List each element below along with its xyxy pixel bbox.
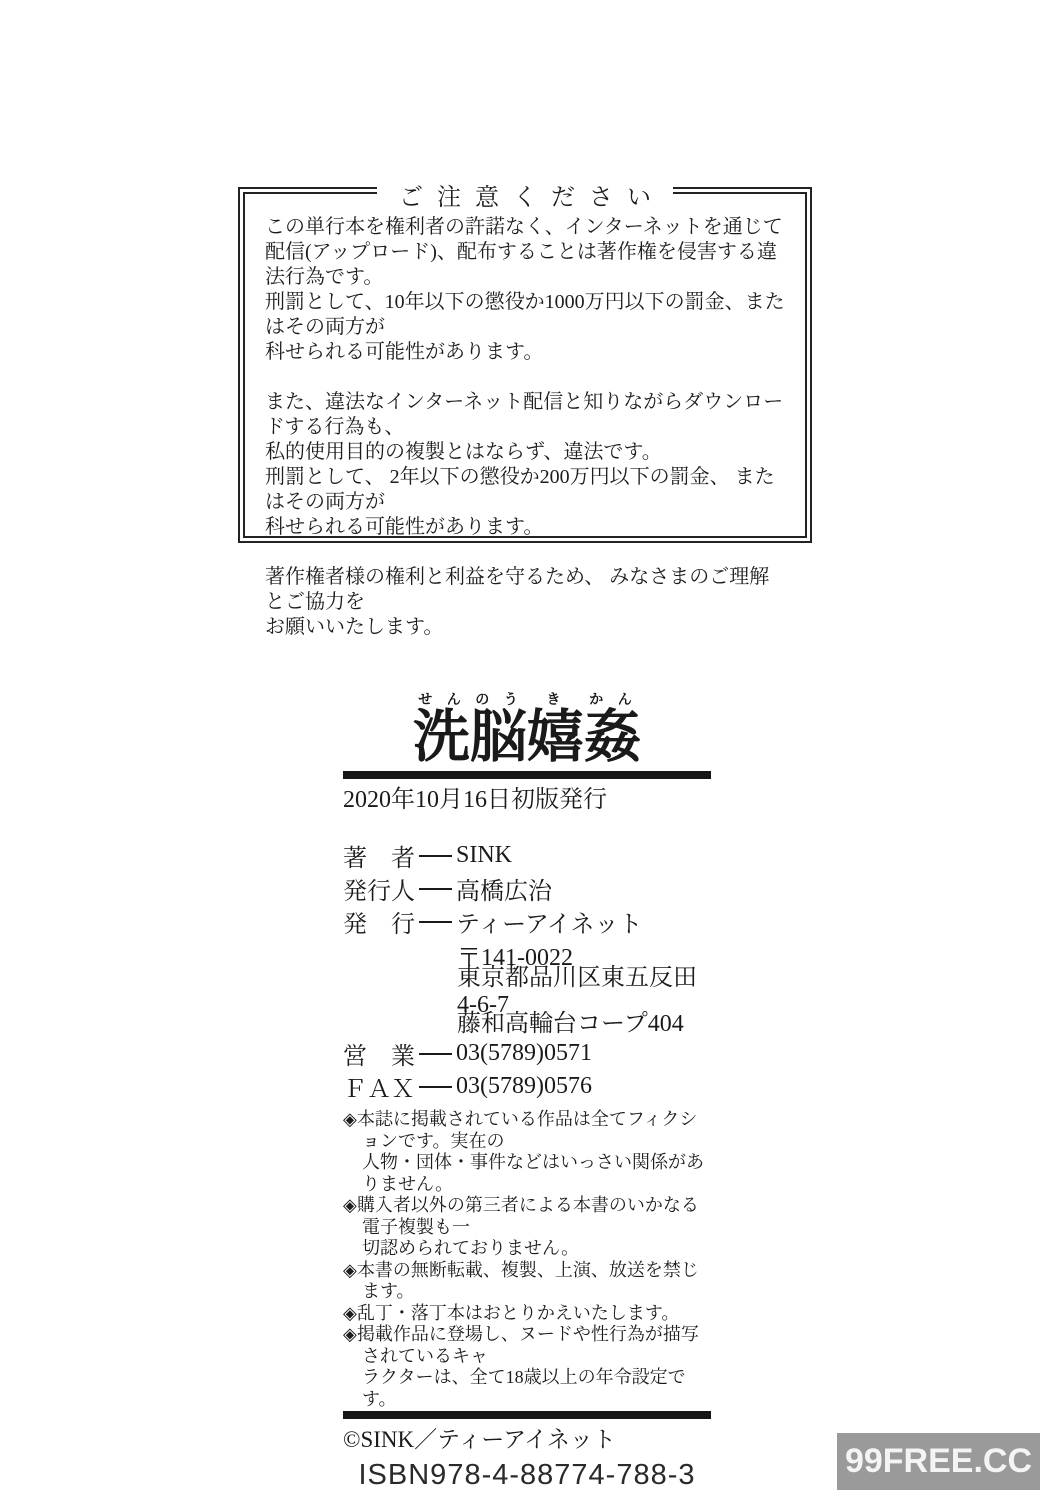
title-divider-rule (343, 771, 711, 779)
note-defective-copies: ◈乱丁・落丁本はおとりかえいたします。 (343, 1303, 711, 1325)
leader-dash (419, 1086, 452, 1088)
watermark-text: 99FREE.CC (845, 1442, 1032, 1481)
book-title-char-3: 嬉き (527, 706, 584, 769)
book-title: 洗せん脳のう嬉き姦かん (343, 693, 711, 766)
row-author-label: 著 者 (343, 838, 419, 873)
leader-dash (419, 1053, 452, 1055)
diamond-bullet-icon: ◈ (343, 1260, 357, 1280)
note-fiction-disclaimer: ◈本誌に掲載されている作品は全てフィクションです。実在の 人物・団体・事件などは… (343, 1109, 711, 1195)
legal-notes: ◈本誌に掲載されている作品は全てフィクションです。実在の 人物・団体・事件などは… (343, 1109, 711, 1410)
copyright-line: ©SINK／ティーアイネット (343, 1426, 711, 1454)
isbn-number: ISBN978-4-88774-788-3 (343, 1458, 711, 1492)
row-issuer-value: 高橋広治 (456, 871, 552, 906)
row-fax: ＦＡＸ 03(5789)0576 (343, 1070, 711, 1103)
colophon-block: 洗せん脳のう嬉き姦かん 2020年10月16日初版発行 著 者 SINK 発行人… (343, 693, 711, 1492)
book-title-char-4: 姦かん (584, 706, 641, 769)
sales-phone-number: 03(5789)0571 (456, 1040, 592, 1067)
leader-dash (419, 888, 452, 890)
leader-dash (419, 855, 452, 857)
row-author-value: SINK (456, 842, 512, 869)
row-fax-label: ＦＡＸ (343, 1069, 419, 1104)
publication-rows: 著 者 SINK 発行人 高橋広治 発 行 ティーアイネット 〒141-0022… (343, 839, 711, 1103)
leader-dash (419, 921, 452, 923)
diamond-bullet-icon: ◈ (343, 1109, 357, 1129)
diamond-bullet-icon: ◈ (343, 1195, 357, 1215)
row-sales-phone: 営 業 03(5789)0571 (343, 1037, 711, 1070)
site-watermark: 99FREE.CC (837, 1433, 1040, 1490)
row-address-line-2: 藤和高輪台コープ404 (343, 1004, 711, 1037)
fax-number: 03(5789)0576 (456, 1073, 592, 1100)
copyright-warning-box: ご注意ください この単行本を権利者の許諾なく、インターネットを通じて 配信(アッ… (238, 187, 812, 543)
diamond-bullet-icon: ◈ (343, 1303, 357, 1323)
warning-paragraph-upload: この単行本を権利者の許諾なく、インターネットを通じて 配信(アップロード)、配布… (245, 215, 805, 365)
note-no-reproduction: ◈本書の無断転載、複製、上演、放送を禁じます。 (343, 1260, 711, 1303)
row-publisher-label: 発 行 (343, 904, 419, 939)
note-age-statement: ◈掲載作品に登場し、ヌードや性行為が描写されているキャ ラクターは、全て18歳以… (343, 1324, 711, 1410)
warning-box-title: ご注意ください (377, 177, 673, 212)
colophon-page: ご注意ください この単行本を権利者の許諾なく、インターネットを通じて 配信(アッ… (0, 0, 1057, 1500)
note-electronic-copy: ◈購入者以外の第三者による本書のいかなる電子複製も一 切認められておりません。 (343, 1195, 711, 1260)
row-issuer: 発行人 高橋広治 (343, 872, 711, 905)
address-line-2: 藤和高輪台コープ404 (457, 1003, 684, 1038)
warning-paragraph-request: 著作権者様の権利と利益を守るため、 みなさまのご理解とご協力を お願いいたします… (245, 565, 805, 640)
book-title-char-2: 脳のう (470, 706, 527, 769)
row-author: 著 者 SINK (343, 839, 711, 872)
row-issuer-label: 発行人 (343, 871, 419, 906)
row-publisher-value: ティーアイネット (456, 904, 642, 939)
edition-date: 2020年10月16日初版発行 (343, 785, 711, 815)
row-publisher: 発 行 ティーアイネット (343, 905, 711, 938)
row-sales-label: 営 業 (343, 1036, 419, 1071)
row-address-line-1: 東京都品川区東五反田4-6-7 (343, 971, 711, 1004)
bottom-divider-rule (343, 1411, 711, 1419)
book-title-char-1: 洗せん (413, 706, 470, 769)
diamond-bullet-icon: ◈ (343, 1324, 357, 1344)
warning-paragraph-download: また、違法なインターネット配信と知りながらダウンロードする行為も、 私的使用目的… (245, 390, 805, 540)
